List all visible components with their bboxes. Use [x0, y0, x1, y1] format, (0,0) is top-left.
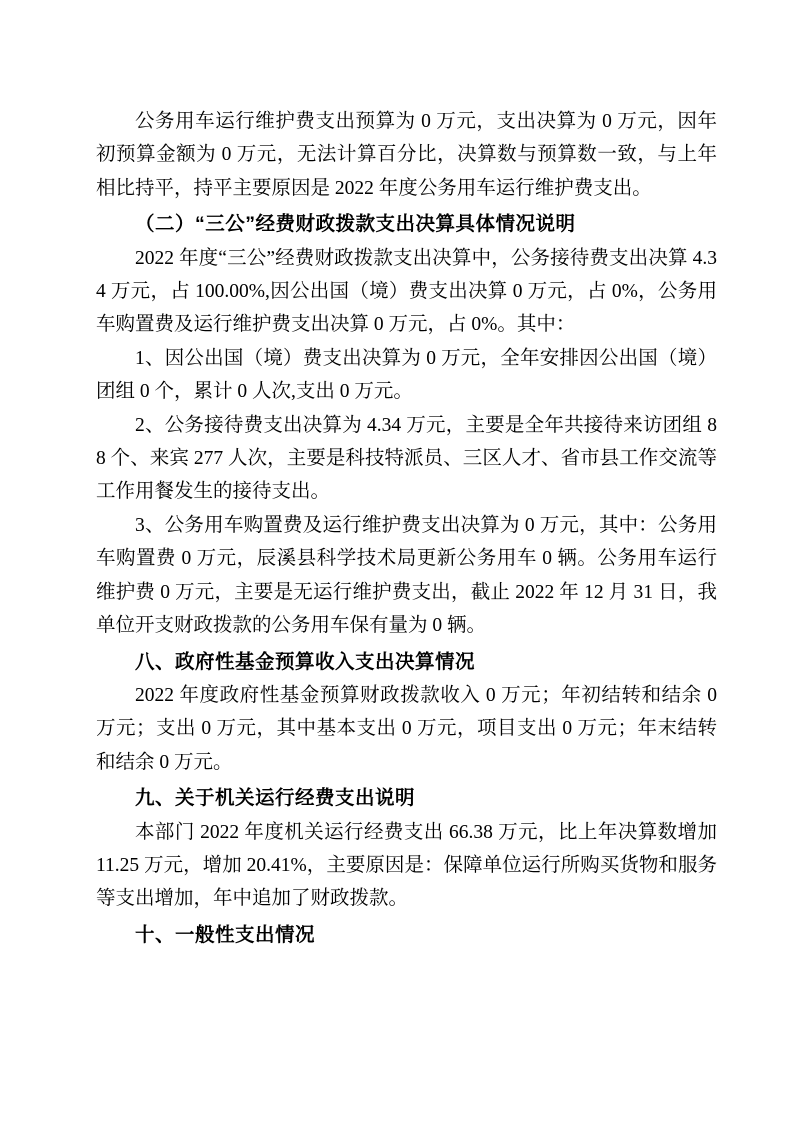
- paragraph-item1-abroad-expense: 1、因公出国（境）费支出决算为 0 万元，全年安排因公出国（境）团组 0 个，累…: [96, 342, 717, 409]
- heading-section-2-sangong-detail: （二）“三公”经费财政拨款支出决算具体情况说明: [96, 208, 717, 241]
- paragraph-item2-reception-expense: 2、公务接待费支出决算为 4.34 万元，主要是全年共接待来访团组 88 个、来…: [96, 409, 717, 509]
- paragraph-vehicle-maintenance-budget: 公务用车运行维护费支出预算为 0 万元，支出决算为 0 万元，因年初预算金额为 …: [96, 105, 717, 205]
- paragraph-operation-expense: 本部门 2022 年度机关运行经费支出 66.38 万元，比上年决算数增加 11…: [96, 816, 717, 916]
- paragraph-item3-vehicle-expense: 3、公务用车购置费及运行维护费支出决算为 0 万元，其中：公务用车购置费 0 万…: [96, 509, 717, 643]
- document-page: 公务用车运行维护费支出预算为 0 万元，支出决算为 0 万元，因年初预算金额为 …: [0, 0, 793, 1122]
- paragraph-gov-fund-budget: 2022 年度政府性基金预算财政拨款收入 0 万元；年初结转和结余 0 万元；支…: [96, 679, 717, 779]
- heading-section-10-general-expense: 十、一般性支出情况: [96, 919, 717, 952]
- heading-section-8-gov-fund: 八、政府性基金预算收入支出决算情况: [96, 646, 717, 679]
- heading-section-9-operation-expense: 九、关于机关运行经费支出说明: [96, 782, 717, 815]
- paragraph-sangong-summary: 2022 年度“三公”经费财政拨款支出决算中，公务接待费支出决算 4.34 万元…: [96, 242, 717, 342]
